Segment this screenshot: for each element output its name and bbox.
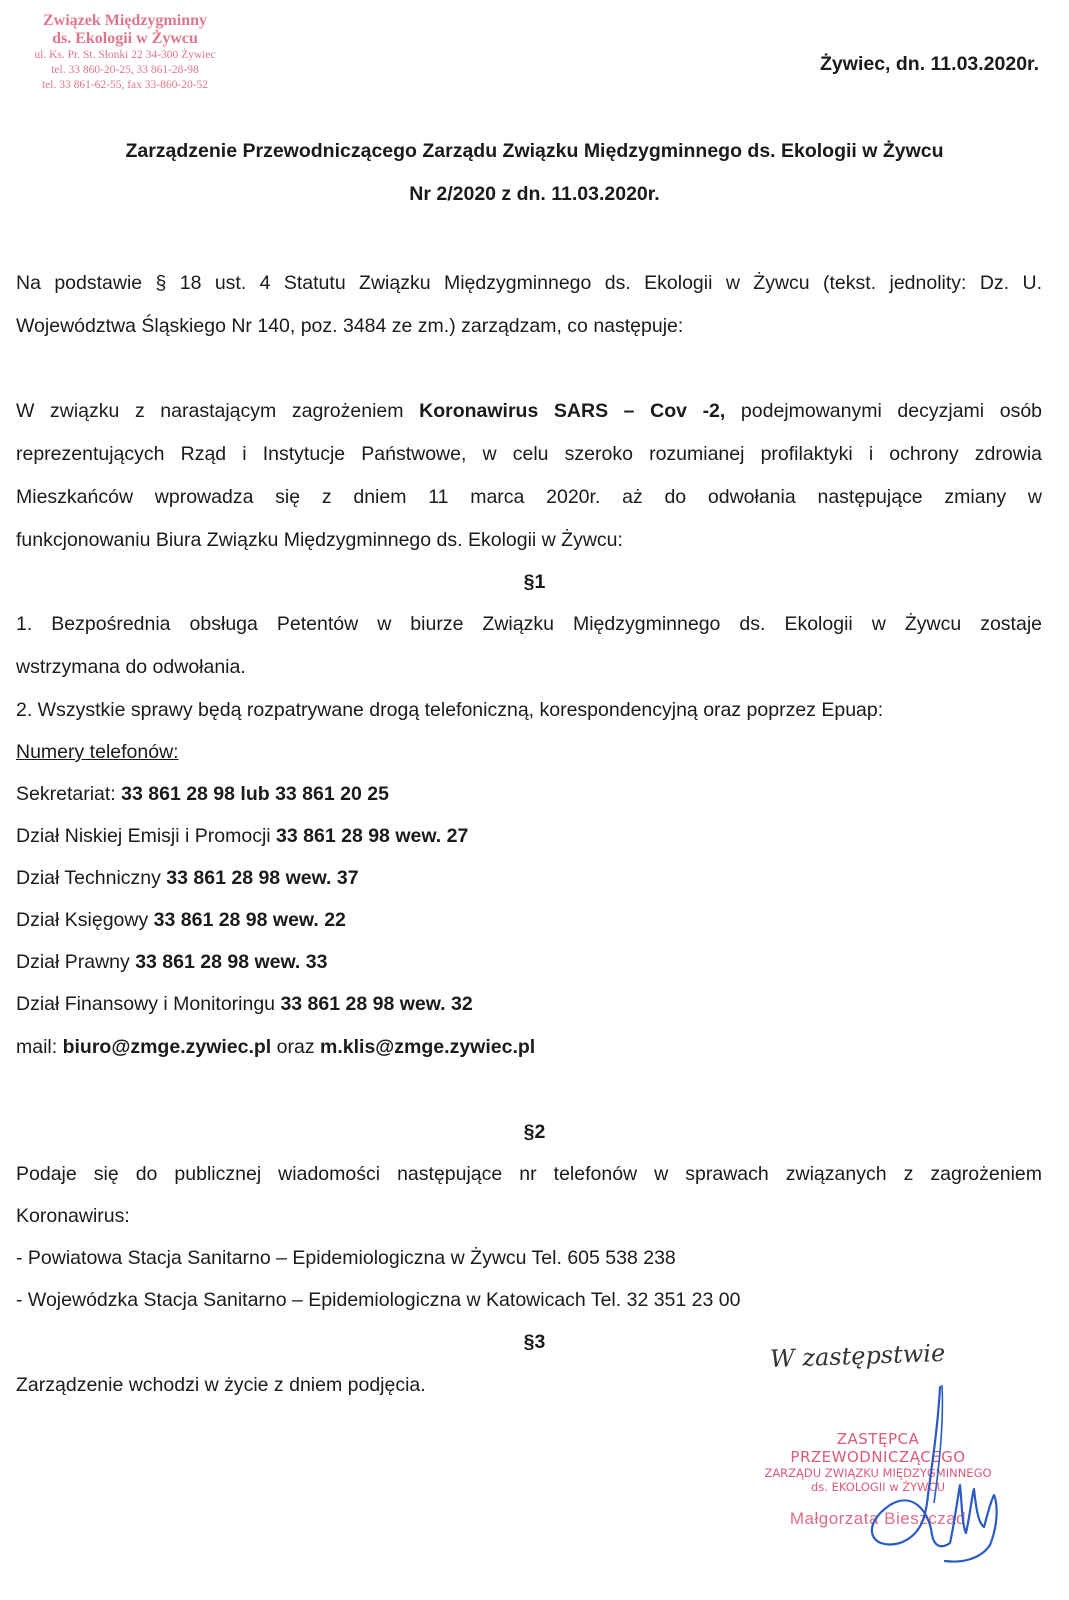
intro-paragraph-line: reprezentujących Rząd i Instytucje Państ… <box>16 442 1042 466</box>
section-1-point-2: 2. Wszystkie sprawy będą rozpatrywane dr… <box>16 698 883 722</box>
section-2-text-cont: Koronawirus: <box>16 1204 130 1228</box>
stamp-org-name: Związek Międzygminny <box>0 12 250 30</box>
document-number: Nr 2/2020 z dn. 11.03.2020r. <box>0 182 1069 206</box>
phone-item: Dział Prawny 33 861 28 98 wew. 33 <box>16 950 327 974</box>
phone-number: 33 861 28 98 wew. 33 <box>135 951 327 973</box>
legal-basis-line: Województwa Śląskiego Nr 140, poz. 3484 … <box>16 314 683 338</box>
stamp-phone-fax: tel. 33 861-62-55, fax 33-860-20-52 <box>0 78 250 90</box>
section-2-text: Podaje się do publicznej wiadomości nast… <box>16 1162 1042 1186</box>
phone-item: Dział Finansowy i Monitoringu 33 861 28 … <box>16 992 473 1016</box>
phone-number: 33 861 28 98 wew. 37 <box>166 867 358 889</box>
organization-stamp: Związek Międzygminny ds. Ekologii w Żywc… <box>0 12 250 90</box>
phone-item: Dział Niskiej Emisji i Promocji 33 861 2… <box>16 824 468 848</box>
handwritten-note: W zastępstwie <box>770 1339 946 1373</box>
intro-paragraph-line: Mieszkańców wprowadza się z dniem 11 mar… <box>16 485 1042 509</box>
intro-paragraph-line: funkcjonowaniu Biura Związku Międzygminn… <box>16 528 623 552</box>
phone-item: Dział Księgowy 33 861 28 98 wew. 22 <box>16 908 346 932</box>
section-3-text: Zarządzenie wchodzi w życie z dniem podj… <box>16 1373 426 1397</box>
section-1-heading: §1 <box>0 570 1069 594</box>
phone-number: 33 861 28 98 wew. 32 <box>280 993 472 1015</box>
legal-basis-line: Na podstawie § 18 ust. 4 Statutu Związku… <box>16 271 1042 295</box>
phone-number: 33 861 28 98 lub 33 861 20 25 <box>121 783 389 805</box>
phone-item: Dział Techniczny 33 861 28 98 wew. 37 <box>16 866 359 890</box>
sanepid-item: - Powiatowa Stacja Sanitarno – Epidemiol… <box>16 1246 676 1270</box>
phone-number: 33 861 28 98 wew. 22 <box>154 909 346 931</box>
email-mklis[interactable]: m.klis@zmge.zywiec.pl <box>320 1036 535 1058</box>
phones-heading: Numery telefonów: <box>16 740 179 764</box>
virus-name: Koronawirus SARS – Cov -2, <box>419 400 725 422</box>
document-title: Zarządzenie Przewodniczącego Zarządu Zwi… <box>0 139 1069 163</box>
email-line: mail: biuro@zmge.zywiec.pl oraz m.klis@z… <box>16 1035 535 1059</box>
sanepid-item: - Wojewódzka Stacja Sanitarno – Epidemio… <box>16 1288 740 1312</box>
section-2-heading: §2 <box>0 1120 1069 1144</box>
stamp-org-subname: ds. Ekologii w Żywcu <box>0 30 250 48</box>
phone-number: 33 861 28 98 wew. 27 <box>276 825 468 847</box>
section-1-point-1-cont: wstrzymana do odwołania. <box>16 655 246 679</box>
email-biuro[interactable]: biuro@zmge.zywiec.pl <box>63 1036 272 1058</box>
stamp-phone: tel. 33 860-20-25, 33 861-28-98 <box>0 63 250 78</box>
stamp-address: ul. Ks. Pr. St. Słonki 22 34-300 Żywiec <box>0 48 250 63</box>
intro-paragraph-line: W związku z narastającym zagrożeniem Kor… <box>16 399 1042 423</box>
section-1-point-1: 1. Bezpośrednia obsługa Petentów w biurz… <box>16 612 1042 636</box>
signature-scribble-icon <box>860 1385 1010 1565</box>
place-date: Żywiec, dn. 11.03.2020r. <box>820 52 1039 76</box>
phone-item: Sekretariat: 33 861 28 98 lub 33 861 20 … <box>16 782 389 806</box>
